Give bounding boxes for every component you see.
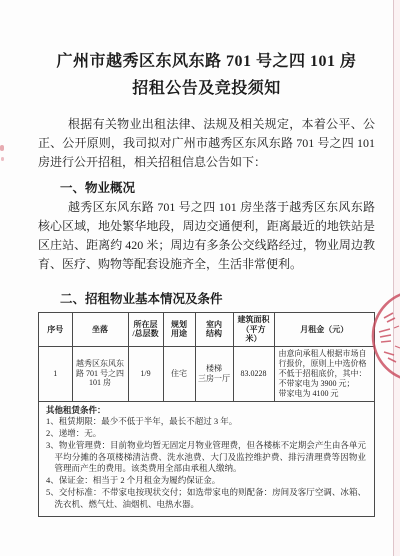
header-location: 坐落: [72, 313, 128, 346]
section2-heading: 二、招租物业基本情况及条件: [38, 291, 375, 307]
table-header-row: 序号 坐落 所在层 /总层数 规划 用途 室内 结构 建筑面积 （平方 米） 月…: [39, 313, 374, 346]
scanned-document-page: 广州市越秀区东风东路 701 号之四 101 房 招租公告及竞投须知 根据有关物…: [0, 0, 400, 556]
document-content: 广州市越秀区东风东路 701 号之四 101 房 招租公告及竞投须知 根据有关物…: [38, 0, 375, 517]
document-title-line2: 招租公告及竞投须知: [38, 75, 375, 102]
scan-artifact-speck: [1, 157, 4, 161]
condition-item-5: 5、交付标准：不带家电按现状交付；如选带家电的则配备：房间及客厅空调、冰箱、洗衣…: [46, 487, 366, 511]
header-planned-use: 规划 用途: [163, 313, 195, 346]
cell-floor: 1/9: [128, 346, 163, 401]
header-monthly-rent: 月租金（元）: [274, 313, 374, 346]
document-title-line1: 广州市越秀区东风东路 701 号之四 101 房: [38, 48, 375, 75]
header-serial-no: 序号: [39, 313, 72, 346]
cell-structure: 楼梯 三房一厅: [195, 346, 233, 401]
other-conditions-heading: 其他租赁条件：: [46, 405, 366, 417]
condition-item-1: 1、租赁期限：最少不低于半年，最长不超过 3 年。: [46, 416, 366, 428]
other-conditions-list: 1、租赁期限：最少不低于半年，最长不超过 3 年。 2、递增：无。 3、物业管理…: [46, 416, 366, 510]
cell-serial-no: 1: [39, 346, 72, 401]
condition-item-3: 3、物业管理费：目前物业均暂无固定月物业管理费，但各楼栋不定期会产生由各单元平均…: [46, 440, 366, 475]
header-floor: 所在层 /总层数: [128, 313, 163, 346]
cell-planned-use: 住宅: [163, 346, 195, 401]
intro-paragraph: 根据有关物业出租法律、法规及相关规定，本着公平、公正、公开原则，我司拟对广州市越…: [38, 115, 375, 172]
section1-heading: 一、物业概况: [38, 180, 375, 196]
header-area: 建筑面积 （平方 米）: [233, 313, 274, 346]
cell-location: 越秀区东风东路 701 号之四 101 房: [72, 346, 128, 401]
document-title: 广州市越秀区东风东路 701 号之四 101 房 招租公告及竞投须知: [38, 48, 375, 102]
cell-monthly-rent: 由意向承租人根据市场自行报价，原则上中选价格不低于招租底价，其中： 不带家电为 …: [274, 346, 374, 401]
table-row: 1 越秀区东风东路 701 号之四 101 房 1/9 住宅 楼梯 三房一厅 8…: [39, 346, 374, 401]
condition-item-4: 4、保证金：相当于 2 个月租金为履约保证金。: [46, 475, 366, 487]
scan-page-edge-line: [393, 0, 394, 556]
condition-item-2: 2、递增：无。: [46, 428, 366, 440]
scan-page-edge-strip: [394, 0, 400, 556]
property-info-box: 序号 坐落 所在层 /总层数 规划 用途 室内 结构 建筑面积 （平方 米） 月…: [38, 312, 375, 517]
cell-area: 83.0228: [233, 346, 274, 401]
section1-paragraph: 越秀区东风东路 701 号之四 101 房坐落于越秀区东风东路核心区域，地处繁华…: [38, 198, 375, 274]
header-structure: 室内 结构: [195, 313, 233, 346]
other-conditions-section: 其他租赁条件： 1、租赁期限：最少不低于半年，最长不超过 3 年。 2、递增：无…: [39, 401, 374, 516]
property-table: 序号 坐落 所在层 /总层数 规划 用途 室内 结构 建筑面积 （平方 米） 月…: [39, 313, 374, 401]
scan-artifact-speck: [0, 145, 4, 151]
red-seal-stamp-icon: [364, 288, 400, 388]
